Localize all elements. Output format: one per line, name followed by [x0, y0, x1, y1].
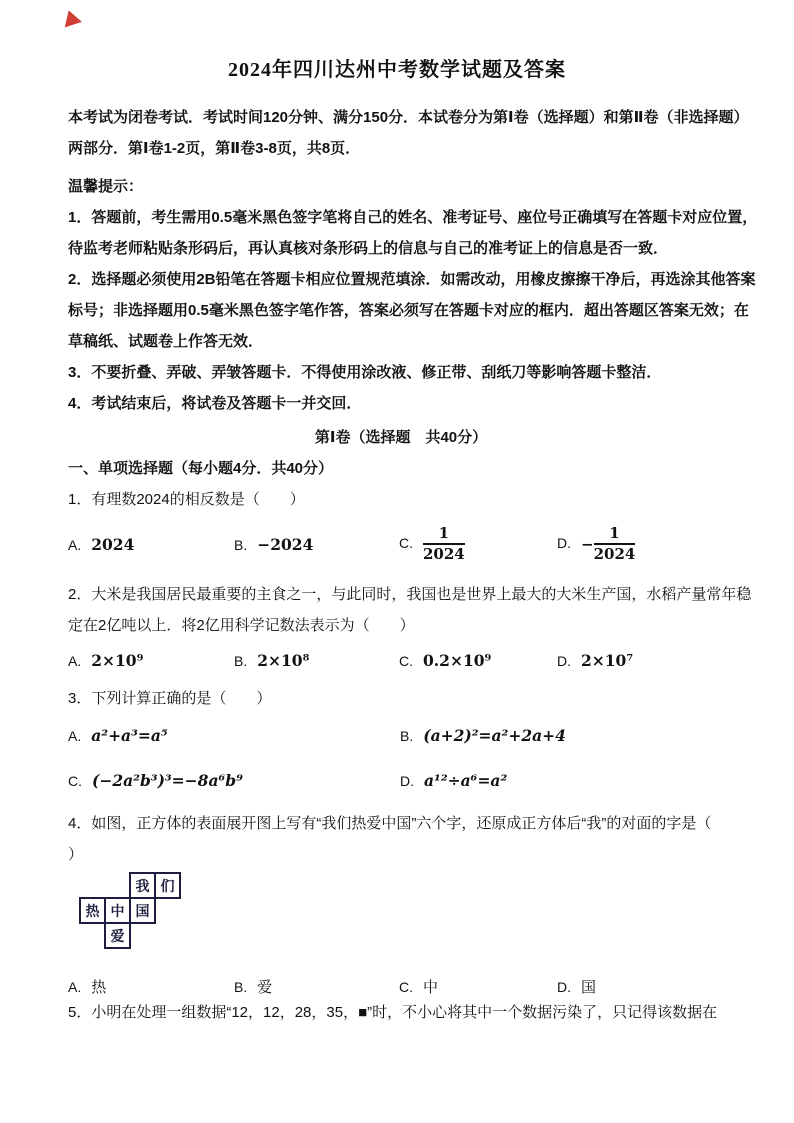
option-value: 国: [581, 979, 596, 996]
option-a: A.a²+a³=a⁵: [68, 714, 400, 759]
net-cell: 我: [129, 872, 156, 899]
minus-sign: −: [581, 535, 594, 553]
net-cell: 热: [79, 897, 106, 924]
option-value: 0.2×10⁹: [423, 651, 491, 670]
option-d: D.2×10⁷: [557, 651, 734, 670]
intro-line: 两部分．第Ⅰ卷1-2页，第Ⅱ卷3-8页，共8页．: [68, 133, 734, 164]
section-header: 第Ⅰ卷（选择题 共40分）: [68, 422, 734, 453]
question-4-text: ）: [68, 839, 734, 870]
question-4-text: 4．如图，正方体的表面展开图上写有“我们热爱中国”六个字，还原成正方体后“我”的…: [68, 808, 734, 839]
option-value: 2×10⁸: [257, 651, 309, 670]
net-cell: 爱: [104, 922, 131, 949]
option-label: D.: [557, 653, 571, 669]
option-c: C.(−2a²b³)³=−8a⁶b⁹: [68, 759, 400, 804]
option-value: 2×10⁷: [581, 651, 633, 670]
fraction-denominator: 2024: [423, 545, 465, 563]
question-4-options: A.热 B.爱 C.中 D.国: [68, 976, 734, 997]
question-3-options-row-1: A.a²+a³=a⁵ B.(a+2)²=a²+2a+4: [68, 714, 734, 759]
option-a: A.热: [68, 976, 234, 997]
net-cell: 中: [104, 897, 131, 924]
question-3-text: 3．下列计算正确的是（ ）: [68, 683, 734, 714]
question-1-options: A.2024 B.−2024 C.12024 D.−12024: [68, 515, 734, 573]
option-value: (−2a²b³)³=−8a⁶b⁹: [92, 771, 243, 790]
option-value: (a+2)²=a²+2a+4: [423, 726, 566, 745]
net-cell: 们: [154, 872, 181, 899]
notice-line: 草稿纸、试题卷上作答无效．: [68, 326, 734, 357]
question-1-text: 1．有理数2024的相反数是（ ）: [68, 484, 734, 515]
document-body: 本考试为闭卷考试．考试时间120分钟、满分150分．本试卷分为第Ⅰ卷（选择题）和…: [0, 102, 794, 1028]
option-b: B.爱: [234, 976, 399, 997]
question-2-options: A.2×10⁹ B.2×10⁸ C.0.2×10⁹ D.2×10⁷: [68, 643, 734, 677]
option-value: 爱: [257, 979, 272, 996]
option-value: 2×10⁹: [91, 651, 143, 670]
option-value: 中: [423, 979, 438, 996]
page-title: 2024年四川达州中考数学试题及答案: [0, 54, 794, 86]
option-label: C.: [399, 653, 413, 669]
section-subheader: 一、单项选择题（每小题4分．共40分）: [68, 453, 734, 484]
option-label: C.: [68, 773, 82, 789]
option-d: D.−12024: [557, 525, 734, 564]
notice-line: 1．答题前，考生需用0.5毫米黑色签字笔将自己的姓名、准考证号、座位号正确填写在…: [68, 202, 734, 233]
fraction-numerator: 1: [594, 525, 636, 545]
option-c: C.12024: [399, 525, 557, 564]
notice-line: 待监考老师粘贴条形码后，再认真核对条形码上的信息与自己的准考证上的信息是否一致．: [68, 233, 734, 264]
option-d: D.a¹²÷a⁶=a²: [400, 759, 734, 804]
question-2-text: 2．大米是我国居民最重要的主食之一，与此同时，我国也是世界上最大的大米生产国，水…: [68, 579, 734, 610]
option-label: A.: [68, 728, 81, 744]
fraction-numerator: 1: [423, 525, 465, 545]
option-b: B.−2024: [234, 535, 399, 554]
question-3-options-row-2: C.(−2a²b³)³=−8a⁶b⁹ D.a¹²÷a⁶=a²: [68, 759, 734, 804]
notice-line: 2．选择题必须使用2B铅笔在答题卡相应位置规范填涂．如需改动，用橡皮擦擦干净后，…: [68, 264, 734, 295]
fraction: 12024: [594, 525, 636, 564]
option-label: D.: [400, 773, 414, 789]
option-value: 热: [91, 979, 106, 996]
option-b: B.(a+2)²=a²+2a+4: [400, 714, 734, 759]
option-label: D.: [557, 535, 571, 551]
notice-line: 3．不要折叠、弄破、弄皱答题卡．不得使用涂改液、修正带、刮纸刀等影响答题卡整洁．: [68, 357, 734, 388]
option-label: C.: [399, 535, 413, 551]
option-d: D.国: [557, 976, 734, 997]
cube-net-figure: 我 们 热 中 国 爱: [79, 872, 189, 950]
notice-line: 4．考试结束后，将试卷及答题卡一并交回．: [68, 388, 734, 419]
notice-line: 标号；非选择题用0.5毫米黑色签字笔作答，答案必须写在答题卡对应的框内．超出答题…: [68, 295, 734, 326]
question-2-text: 定在2亿吨以上．将2亿用科学记数法表示为（ ）: [68, 610, 734, 641]
option-label: B.: [400, 728, 413, 744]
option-a: A.2×10⁹: [68, 651, 234, 670]
net-cell: 国: [129, 897, 156, 924]
option-value: 2024: [91, 535, 134, 554]
fraction-denominator: 2024: [594, 545, 636, 563]
option-label: B.: [234, 979, 247, 995]
intro-line: 本考试为闭卷考试．考试时间120分钟、满分150分．本试卷分为第Ⅰ卷（选择题）和…: [68, 102, 734, 133]
option-label: B.: [234, 653, 247, 669]
option-label: D.: [557, 979, 571, 995]
option-b: B.2×10⁸: [234, 651, 399, 670]
option-label: A.: [68, 979, 81, 995]
option-label: A.: [68, 653, 81, 669]
question-5-text: 5．小明在处理一组数据“12，12，28，35，■”时，不小心将其中一个数据污染…: [68, 997, 734, 1028]
option-c: C.0.2×10⁹: [399, 651, 557, 670]
fraction: 12024: [423, 525, 465, 564]
option-value: a¹²÷a⁶=a²: [424, 771, 507, 790]
red-corner-mark: [60, 8, 82, 28]
option-label: A.: [68, 537, 81, 553]
option-c: C.中: [399, 976, 557, 997]
option-value: a²+a³=a⁵: [91, 726, 167, 745]
option-label: B.: [234, 537, 247, 553]
tips-heading: 温馨提示：: [68, 171, 734, 202]
option-label: C.: [399, 979, 413, 995]
option-value: −2024: [257, 535, 313, 554]
option-a: A.2024: [68, 535, 234, 554]
